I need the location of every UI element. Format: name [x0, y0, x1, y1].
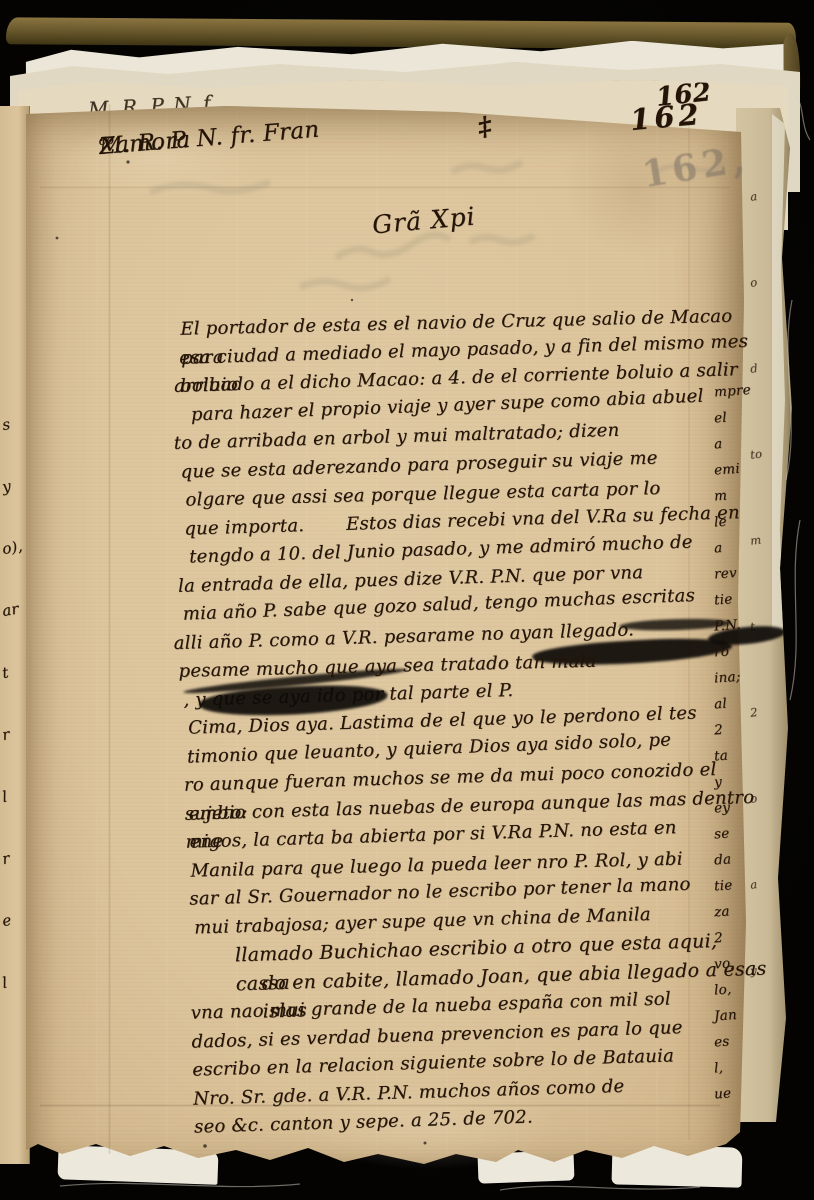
- edge-fragment: r: [0, 824, 30, 890]
- edge-fragment: r: [0, 700, 30, 766]
- letter-body: El portador de esta es el navio de Cruz …: [170, 299, 776, 1142]
- margin-fragment: le: [713, 506, 759, 535]
- manuscript-scan-scene: M. R. P. N. f 162 syo),artrlrel aodtomt2…: [0, 0, 814, 1200]
- margin-fragment: 2: [713, 922, 759, 951]
- margin-fragment: m: [713, 480, 759, 509]
- margin-fragment: a: [713, 428, 759, 457]
- margin-fragment: P.N.: [713, 610, 759, 639]
- margin-fragment: za: [713, 896, 759, 925]
- margin-fragment: mpre: [713, 376, 759, 405]
- margin-fragment: vo,: [713, 948, 759, 977]
- margin-fragment: ina;: [713, 662, 759, 691]
- strip-fragment: a: [745, 150, 785, 239]
- margin-fragment: ro: [713, 636, 759, 665]
- margin-fragment: al: [713, 688, 759, 717]
- paper-crease-vertical: [108, 104, 111, 1154]
- margin-fragment: ey: [713, 792, 759, 821]
- margin-fragment: se: [713, 818, 759, 847]
- left-page-sliver: syo),artrlrel: [0, 106, 30, 1164]
- edge-fragment: ar: [0, 576, 30, 642]
- margin-fragment: 2: [713, 714, 759, 743]
- margin-fragment: ue: [713, 1078, 759, 1107]
- margin-fragment: lo,: [713, 974, 759, 1003]
- margin-fragment: a: [713, 532, 759, 561]
- edge-fragment: l: [0, 762, 30, 828]
- edge-fragment: t: [0, 638, 30, 704]
- left-edge-fragments: syo),artrlrel: [2, 392, 28, 1012]
- edge-fragment: l: [0, 948, 30, 1014]
- margin-fragment: tie: [713, 584, 759, 613]
- margin-fragment: es: [713, 1026, 759, 1055]
- margin-fragment: rev: [713, 558, 759, 587]
- margin-fragment: da: [713, 844, 759, 873]
- margin-fragment: [713, 350, 759, 379]
- edge-fragment: s: [0, 390, 30, 456]
- right-margin-fragments: mpreelaemimlearevtieP.N.roina;al2tayeyse…: [714, 352, 758, 1106]
- margin-fragment: emi: [713, 454, 759, 483]
- folio-number-ink: 162: [629, 97, 704, 137]
- edge-fragment: y: [0, 452, 30, 518]
- margin-fragment: Jan: [713, 1000, 759, 1029]
- margin-fragment: ta: [713, 740, 759, 769]
- edge-fragment: o),: [0, 514, 30, 580]
- margin-fragment: y: [713, 766, 759, 795]
- edge-fragment: e: [0, 886, 30, 952]
- margin-fragment: el: [713, 402, 759, 431]
- margin-fragment: l,: [713, 1052, 759, 1081]
- margin-fragment: tie: [713, 870, 759, 899]
